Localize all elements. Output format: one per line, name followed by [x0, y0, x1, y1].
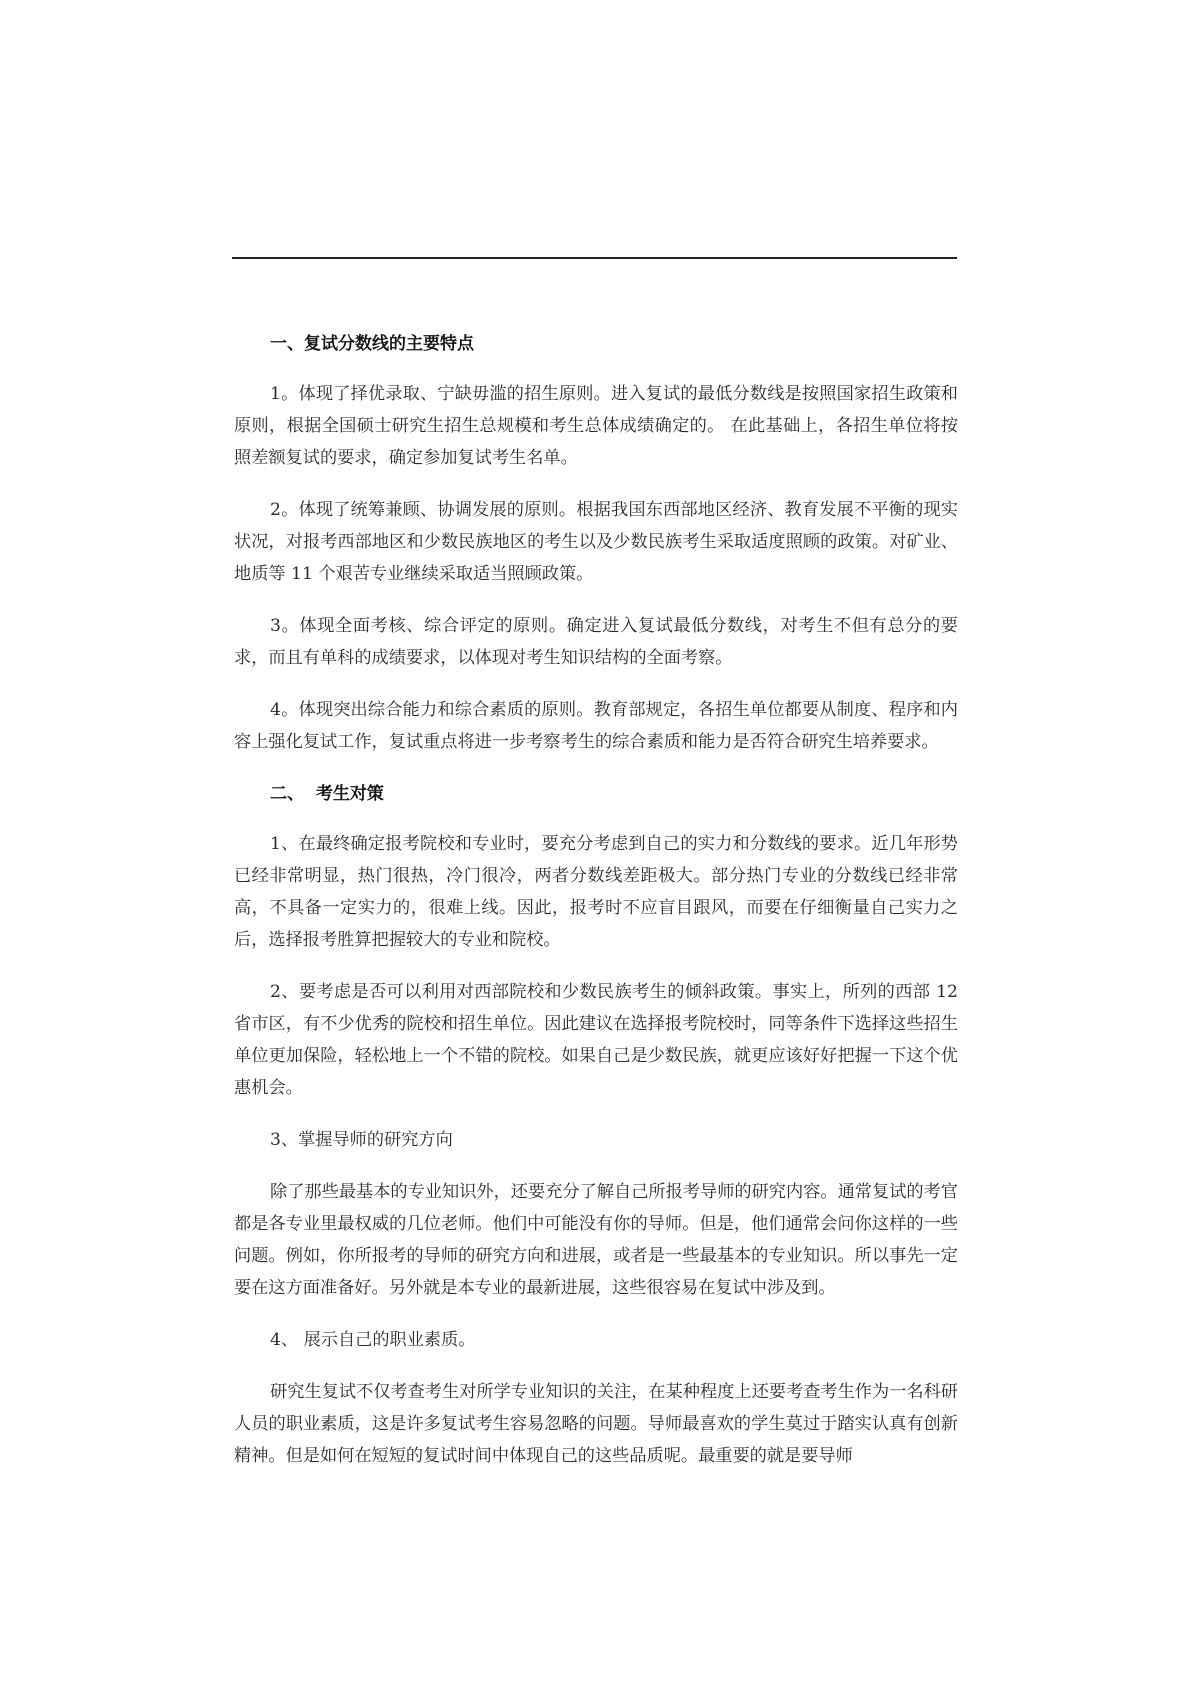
paragraph: 研究生复试不仅考查考生对所学专业知识的关注，在某种程度上还要考查考生作为一名科研… [234, 1376, 958, 1472]
subheading: 4、 展示自己的职业素质。 [234, 1324, 958, 1356]
paragraph: 2、要考虑是否可以利用对西部院校和少数民族考生的倾斜政策。事实上，所列的西部 1… [234, 976, 958, 1104]
paragraph: 1、在最终确定报考院校和专业时，要充分考虑到自己的实力和分数线的要求。近几年形势… [234, 828, 958, 956]
subheading: 3、掌握导师的研究方向 [234, 1124, 958, 1156]
paragraph: 4。体现突出综合能力和综合素质的原则。教育部规定，各招生单位都要从制度、程序和内… [234, 694, 958, 758]
paragraph: 2。体现了统筹兼顾、协调发展的原则。根据我国东西部地区经济、教育发展不平衡的现实… [234, 494, 958, 590]
document-body: 一、复试分数线的主要特点 1。体现了择优录取、宁缺毋滥的招生原则。进入复试的最低… [234, 328, 958, 1492]
paragraph: 除了那些最基本的专业知识外，还要充分了解自己所报考导师的研究内容。通常复试的考官… [234, 1176, 958, 1304]
header-rule [232, 257, 957, 259]
paragraph: 1。体现了择优录取、宁缺毋滥的招生原则。进入复试的最低分数线是按照国家招生政策和… [234, 378, 958, 474]
document-page: 一、复试分数线的主要特点 1。体现了择优录取、宁缺毋滥的招生原则。进入复试的最低… [0, 0, 1190, 1683]
section-heading-2: 二、 考生对策 [270, 778, 958, 810]
section-heading-1: 一、复试分数线的主要特点 [270, 328, 958, 360]
paragraph: 3。体现全面考核、综合评定的原则。确定进入复试最低分数线，对考生不但有总分的要求… [234, 610, 958, 674]
